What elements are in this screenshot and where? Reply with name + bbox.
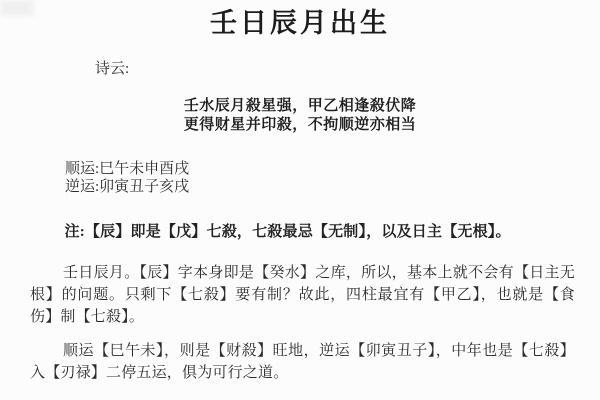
scan-corner-shade xyxy=(0,0,34,16)
luck-sequence-block: 顺运:巳午未申酉戌 逆运:卯寅丑子亥戌 xyxy=(0,160,600,196)
body-paragraph-2: 顺运【巳午未】，则是【财殺】旺地，逆运【卯寅丑子】，中年也是【七殺】入【刃禄】二… xyxy=(0,340,600,384)
forward-luck-line: 顺运:巳午未申酉戌 xyxy=(65,160,600,178)
poem-line-2: 更得财星并印殺，不拘顺逆亦相当 xyxy=(0,116,600,135)
poem-intro-label: 诗云: xyxy=(0,60,600,78)
page-title: 壬日辰月出生 xyxy=(0,0,600,39)
note-line: 注:【辰】即是【戊】七殺，七殺最忌【无制】，以及日主【无根】。 xyxy=(0,223,600,242)
poem-block: 壬水辰月殺星强，甲乙相逢殺伏降 更得财星并印殺，不拘顺逆亦相当 xyxy=(0,97,600,135)
body-paragraph-1: 壬日辰月。【辰】字本身即是【癸水】之库，所以，基本上就不会有【日主无根】的问题。… xyxy=(0,262,600,328)
article-page: 壬日辰月出生 诗云: 壬水辰月殺星强，甲乙相逢殺伏降 更得财星并印殺，不拘顺逆亦… xyxy=(0,0,600,400)
reverse-luck-line: 逆运:卯寅丑子亥戌 xyxy=(65,178,600,196)
poem-line-1: 壬水辰月殺星强，甲乙相逢殺伏降 xyxy=(0,97,600,116)
